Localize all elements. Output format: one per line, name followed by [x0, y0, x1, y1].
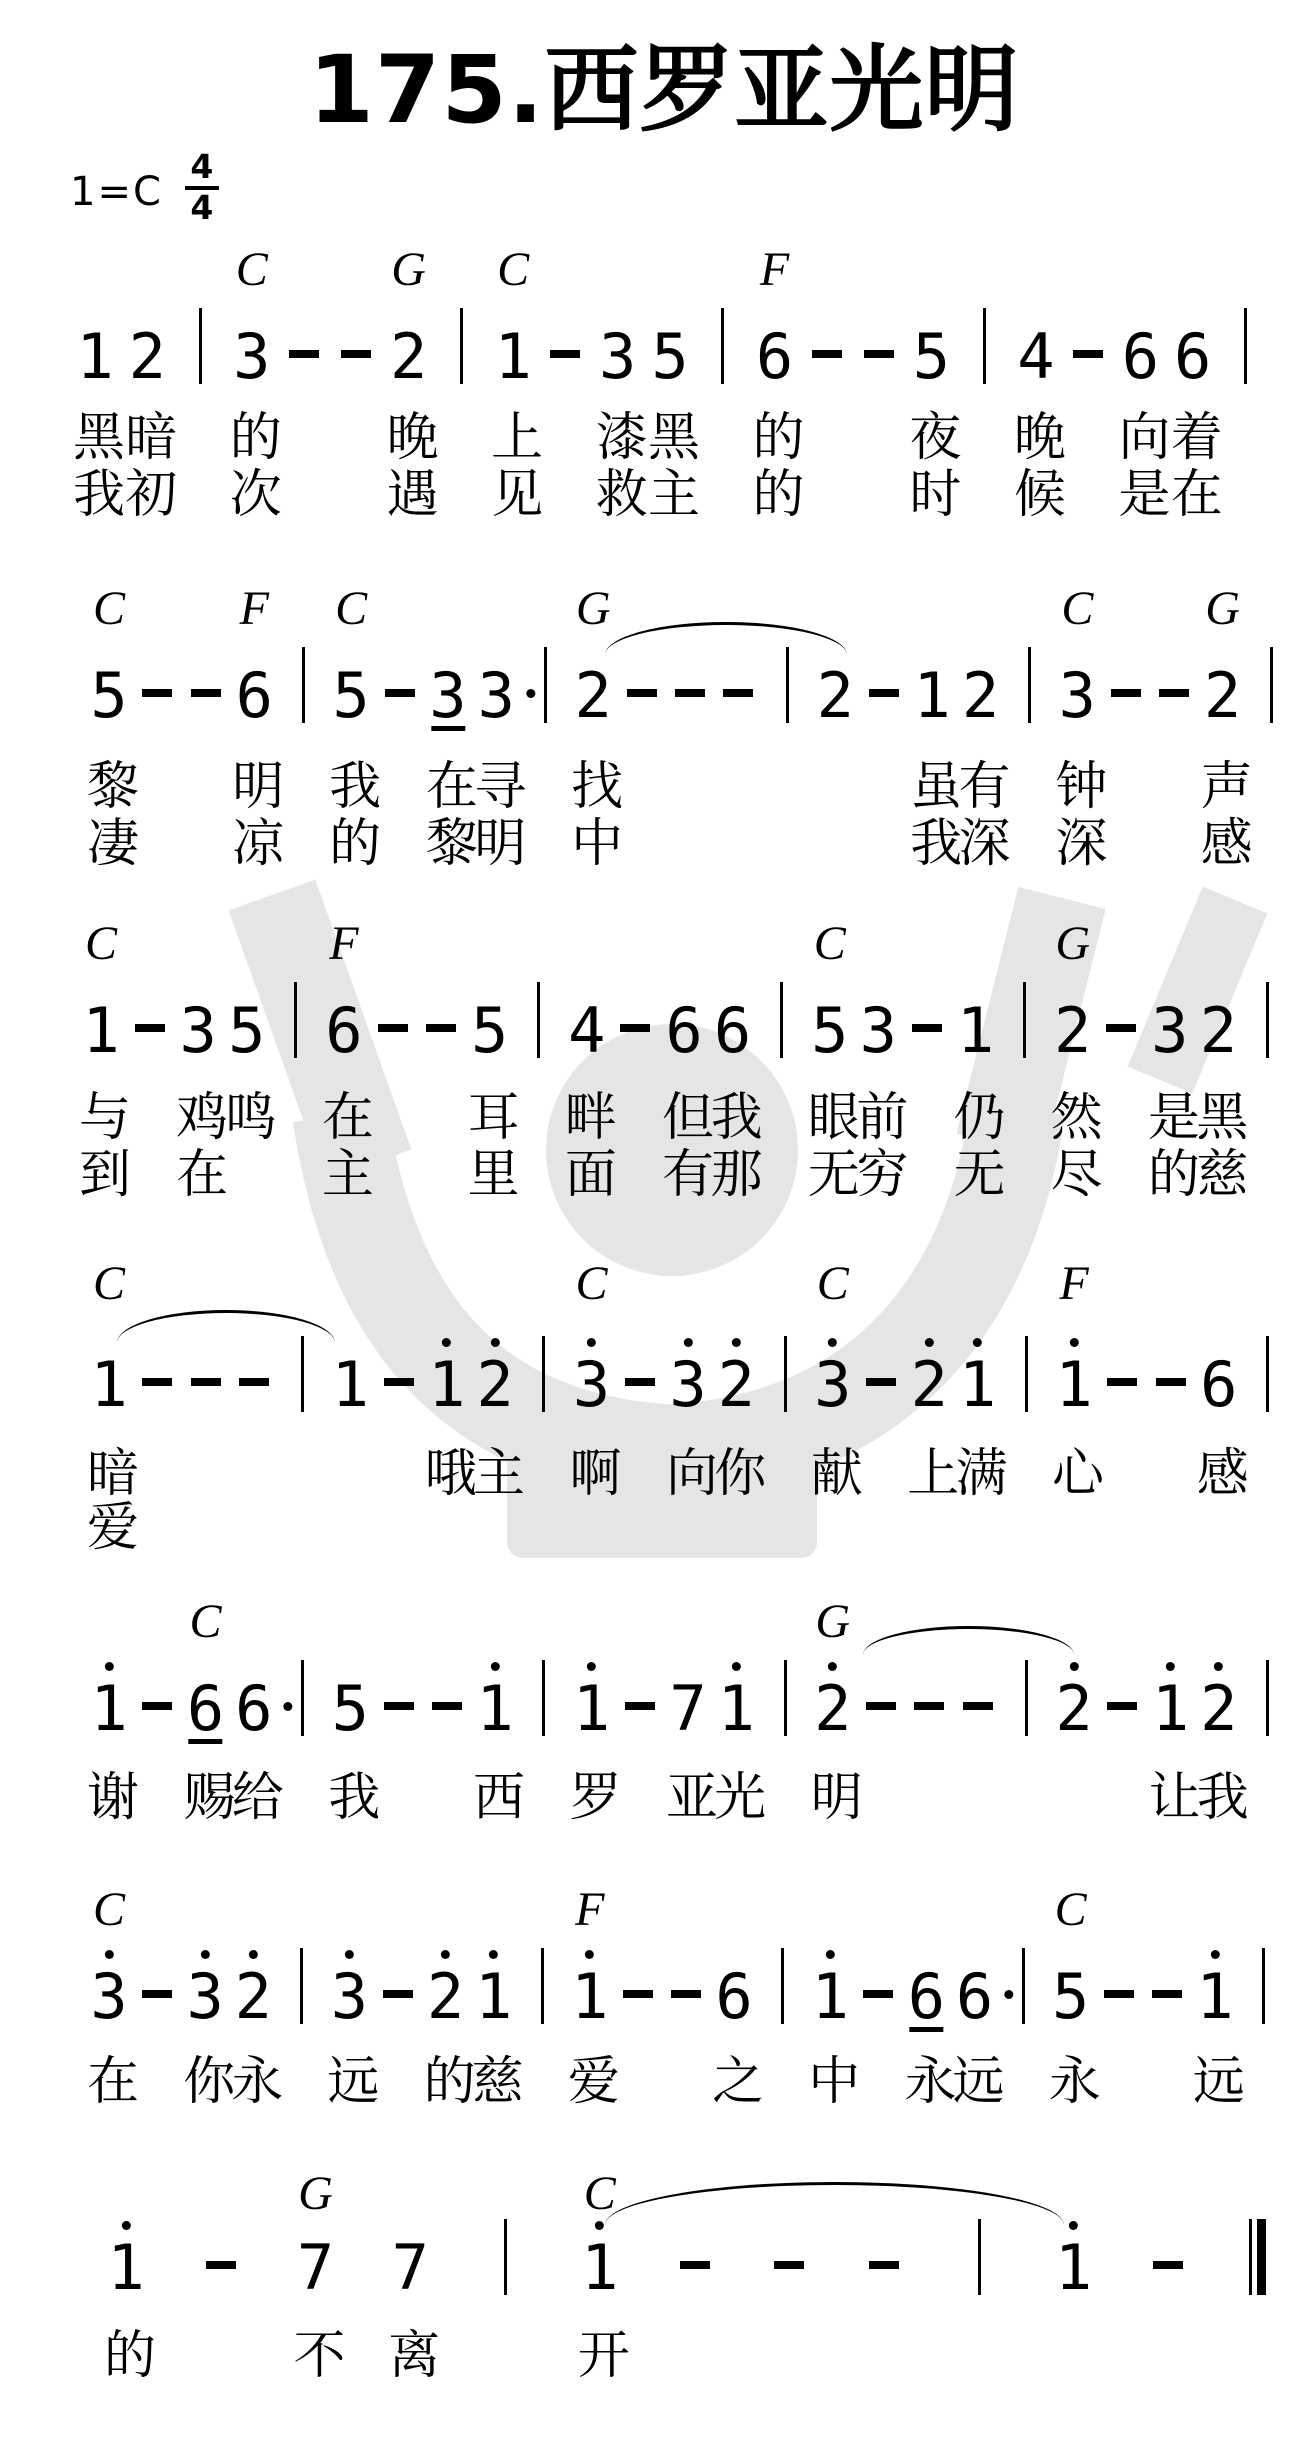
- note-digit: 7: [297, 2231, 334, 2304]
- duration-dash: [774, 2261, 804, 2269]
- barline: [978, 2219, 981, 2295]
- note: 7: [297, 2237, 334, 2293]
- note: 1: [1055, 2237, 1092, 2293]
- duration-dash: [869, 2261, 899, 2269]
- chord-label: G: [298, 2170, 333, 2218]
- lyric-char: 开: [578, 2330, 630, 2382]
- barline: [504, 2219, 507, 2295]
- octave-dot: [595, 2221, 604, 2230]
- note: 1: [581, 2237, 618, 2293]
- sheet-music-page: 175.西罗亚光明 1=C 4 4 CGCF123213565466黑暗的晚上漆…: [0, 0, 1300, 2446]
- system-7: GC17711的不离开: [0, 0, 1300, 2446]
- lyric-char: 的: [104, 2330, 156, 2382]
- duration-dash: [206, 2261, 236, 2269]
- final-barline: [1249, 2219, 1266, 2295]
- lyric-char: 离: [388, 2330, 440, 2382]
- duration-dash: [1153, 2261, 1183, 2269]
- chord-label: C: [584, 2170, 616, 2218]
- lyric-char: 不: [293, 2330, 345, 2382]
- note: 1: [107, 2237, 144, 2293]
- note-digit: 7: [392, 2231, 429, 2304]
- note: 7: [392, 2237, 429, 2293]
- score-content: 175.西罗亚光明 1=C 4 4 CGCF123213565466黑暗的晚上漆…: [0, 0, 1300, 2446]
- note-digit: 1: [107, 2231, 144, 2304]
- octave-dot: [1069, 2221, 1078, 2230]
- note-digit: 1: [1055, 2231, 1092, 2304]
- duration-dash: [680, 2261, 710, 2269]
- tie-arc: [605, 2182, 1064, 2225]
- note-digit: 1: [581, 2231, 618, 2304]
- octave-dot: [121, 2221, 130, 2230]
